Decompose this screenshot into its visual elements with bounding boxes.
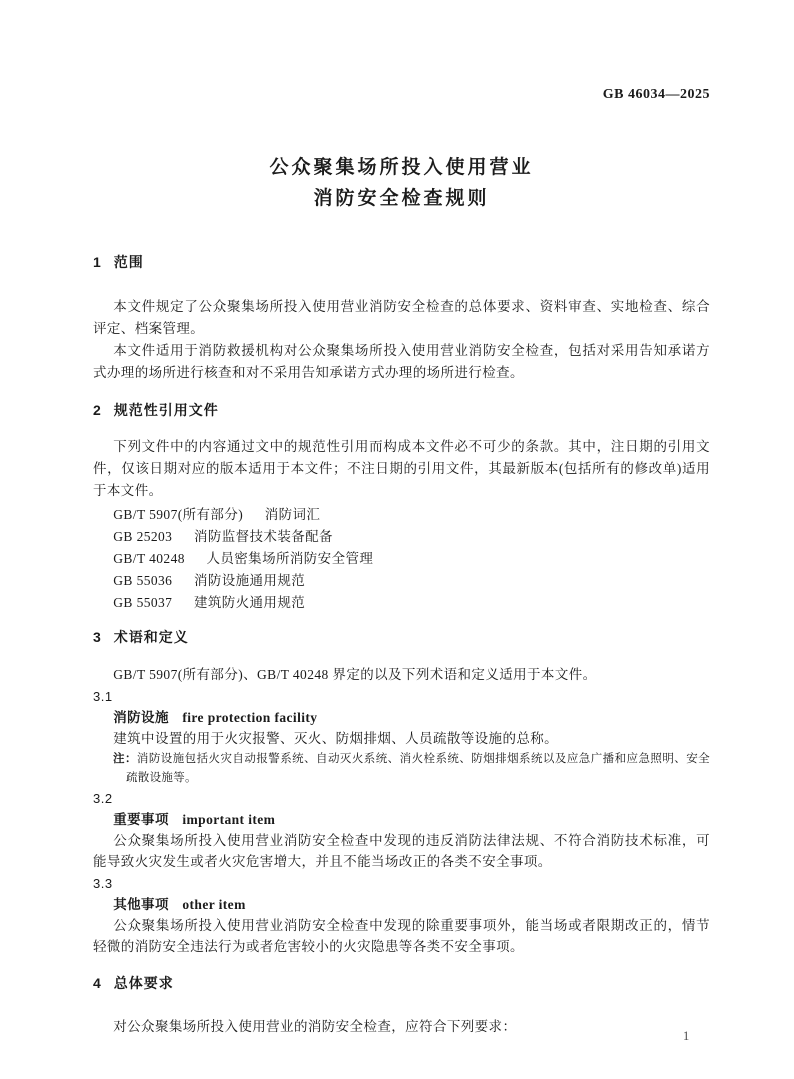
term-definition: 公众聚集场所投入使用营业消防安全检查中发现的除重要事项外，能当场或者限期改正的，…	[93, 915, 710, 958]
reference-item: GB 55037建筑防火通用规范	[93, 592, 710, 614]
term-chinese: 其他事项	[113, 897, 169, 912]
document-title: 公众聚集场所投入使用营业 消防安全检查规则	[93, 152, 710, 214]
document-title-line2: 消防安全检查规则	[93, 183, 710, 214]
term-item-3-2: 3.2 重要事项important item 公众聚集场所投入使用营业消防安全检…	[93, 788, 710, 873]
reference-title: 消防监督技术装备配备	[194, 529, 333, 544]
reference-list: GB/T 5907(所有部分)消防词汇 GB 25203消防监督技术装备配备 G…	[93, 504, 710, 614]
reference-code: GB 55037	[113, 595, 172, 610]
reference-item: GB 55036消防设施通用规范	[93, 570, 710, 592]
section-title: 术语和定义	[114, 629, 189, 645]
term-note: 注：消防设施包括火灾自动报警系统、自动灭火系统、消火栓系统、防烟排烟系统以及应急…	[113, 750, 710, 788]
reference-title: 消防设施通用规范	[194, 573, 305, 588]
section-number: 4	[93, 974, 101, 992]
term-chinese: 消防设施	[113, 710, 169, 725]
reference-item: GB/T 5907(所有部分)消防词汇	[93, 504, 710, 526]
term-item-3-1: 3.1 消防设施fire protection facility 建筑中设置的用…	[93, 686, 710, 788]
refs-intro-paragraph: 下列文件中的内容通过文中的规范性引用而构成本文件必不可少的条款。其中，注日期的引…	[93, 436, 710, 502]
term-number: 3.2	[93, 788, 710, 809]
term-english: other item	[182, 897, 245, 912]
term-number: 3.3	[93, 873, 710, 894]
section-scope-heading: 1范围	[93, 253, 710, 271]
section-title: 规范性引用文件	[114, 402, 219, 418]
reference-code: GB/T 40248	[113, 551, 185, 566]
reference-code: GB/T 5907(所有部分)	[113, 507, 243, 522]
term-item-3-3: 3.3 其他事项other item 公众聚集场所投入使用营业消防安全检查中发现…	[93, 873, 710, 958]
section-general-requirements: 4总体要求 对公众聚集场所投入使用营业的消防安全检查，应符合下列要求：	[93, 974, 710, 1038]
reference-title: 消防词汇	[265, 507, 321, 522]
reference-title: 建筑防火通用规范	[194, 595, 305, 610]
reference-code: GB 25203	[113, 529, 172, 544]
section-number: 2	[93, 401, 101, 419]
section-refs-heading: 2规范性引用文件	[93, 401, 710, 419]
term-english: important item	[182, 812, 275, 827]
note-text: 消防设施包括火灾自动报警系统、自动灭火系统、消火栓系统、防烟排烟系统以及应急广播…	[126, 753, 710, 784]
term-title-line: 其他事项other item	[93, 894, 710, 915]
term-definition: 建筑中设置的用于火灾报警、灭火、防烟排烟、人员疏散等设施的总称。	[93, 728, 710, 750]
section-terms-heading: 3术语和定义	[93, 628, 710, 646]
reference-title: 人员密集场所消防安全管理	[206, 551, 373, 566]
page-number: 1	[683, 1029, 689, 1044]
term-english: fire protection facility	[182, 710, 317, 725]
term-title-line: 消防设施fire protection facility	[93, 707, 710, 728]
section-terms-definitions: 3术语和定义 GB/T 5907(所有部分)、GB/T 40248 界定的以及下…	[93, 628, 710, 958]
general-paragraph-1: 对公众聚集场所投入使用营业的消防安全检查，应符合下列要求：	[93, 1016, 710, 1038]
section-normative-references: 2规范性引用文件 下列文件中的内容通过文中的规范性引用而构成本文件必不可少的条款…	[93, 401, 710, 614]
term-number: 3.1	[93, 686, 710, 707]
term-definition: 公众聚集场所投入使用营业消防安全检查中发现的违反消防法律法规、不符合消防技术标准…	[93, 830, 710, 873]
scope-paragraph-2: 本文件适用于消防救援机构对公众聚集场所投入使用营业消防安全检查，包括对采用告知承…	[93, 340, 710, 384]
section-scope: 1范围 本文件规定了公众聚集场所投入使用营业消防安全检查的总体要求、资料审查、实…	[93, 253, 710, 384]
section-general-heading: 4总体要求	[93, 974, 710, 992]
note-label: 注：	[113, 753, 137, 765]
term-chinese: 重要事项	[113, 812, 169, 827]
section-title: 范围	[114, 254, 144, 270]
section-number: 1	[93, 253, 101, 271]
section-number: 3	[93, 628, 101, 646]
section-title: 总体要求	[114, 975, 174, 991]
term-title-line: 重要事项important item	[93, 809, 710, 830]
reference-code: GB 55036	[113, 573, 172, 588]
scope-paragraph-1: 本文件规定了公众聚集场所投入使用营业消防安全检查的总体要求、资料审查、实地检查、…	[93, 296, 710, 340]
page-content: 公众聚集场所投入使用营业 消防安全检查规则 1范围 本文件规定了公众聚集场所投入…	[93, 0, 710, 1038]
reference-item: GB/T 40248人员密集场所消防安全管理	[93, 548, 710, 570]
standard-document-page: GB 46034—2025 公众聚集场所投入使用营业 消防安全检查规则 1范围 …	[0, 0, 794, 1079]
terms-intro-paragraph: GB/T 5907(所有部分)、GB/T 40248 界定的以及下列术语和定义适…	[93, 664, 710, 686]
reference-item: GB 25203消防监督技术装备配备	[93, 526, 710, 548]
document-title-line1: 公众聚集场所投入使用营业	[93, 152, 710, 183]
